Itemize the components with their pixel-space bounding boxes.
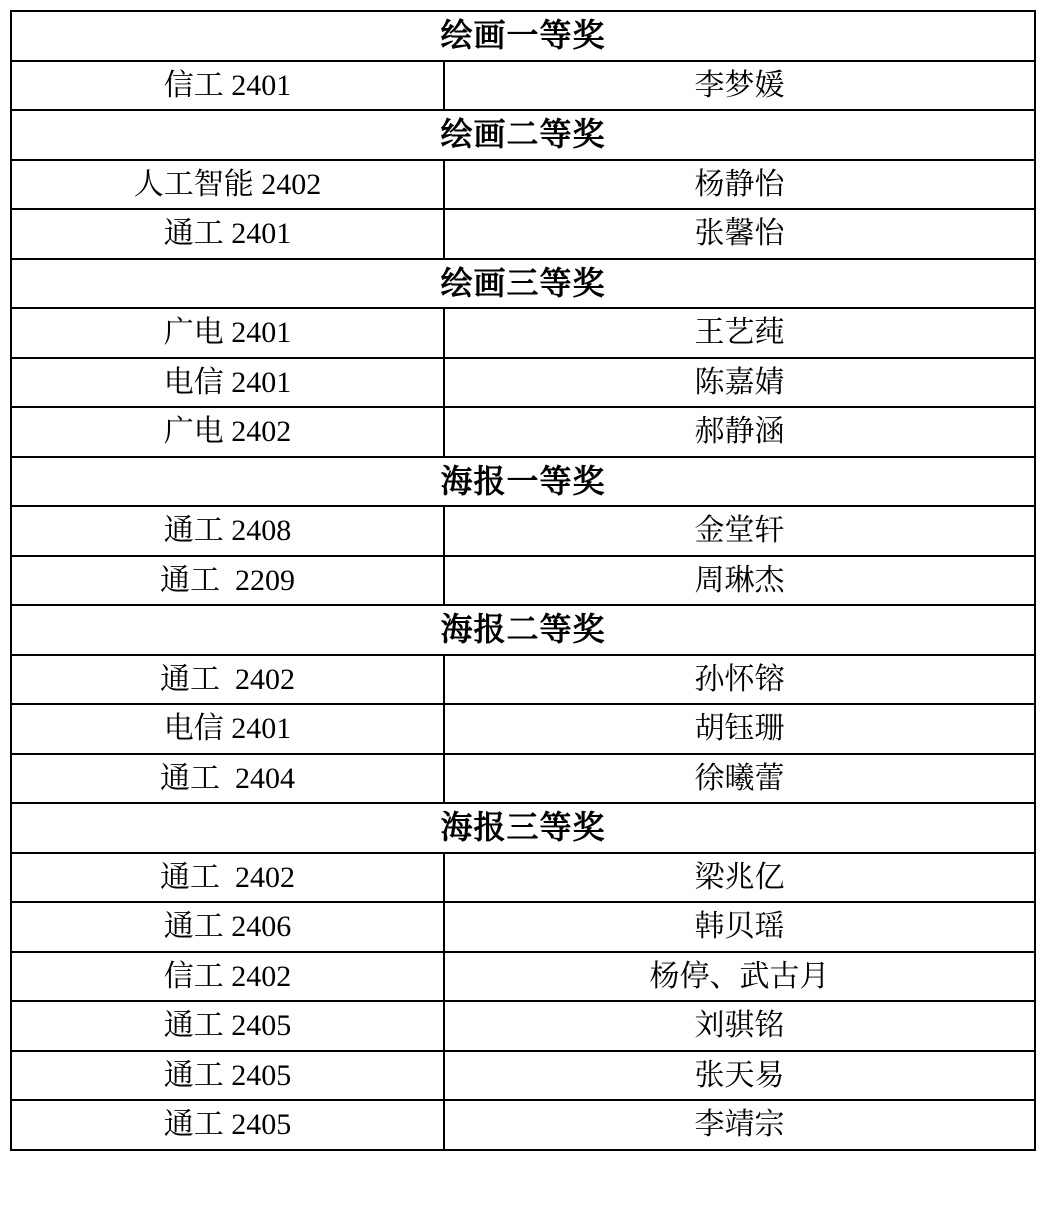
award-category-row: 海报一等奖 — [11, 457, 1035, 507]
award-entry-row: 通工 2402孙怀镕 — [11, 655, 1035, 705]
award-category-title: 绘画一等奖 — [11, 11, 1035, 61]
award-entry-row: 信工 2402杨停、武古月 — [11, 952, 1035, 1002]
award-category-row: 海报三等奖 — [11, 803, 1035, 853]
award-category-title: 海报一等奖 — [11, 457, 1035, 507]
winner-name-cell: 周琳杰 — [444, 556, 1035, 606]
class-cell: 信工 2402 — [11, 952, 444, 1002]
award-entry-row: 广电 2402郝静涵 — [11, 407, 1035, 457]
winner-name-cell: 张天易 — [444, 1051, 1035, 1101]
award-entry-row: 电信 2401陈嘉婧 — [11, 358, 1035, 408]
award-category-row: 绘画三等奖 — [11, 259, 1035, 309]
class-cell: 通工 2405 — [11, 1051, 444, 1101]
award-category-row: 绘画一等奖 — [11, 11, 1035, 61]
class-cell: 广电 2402 — [11, 407, 444, 457]
awards-table: 绘画一等奖信工 2401李梦媛绘画二等奖人工智能 2402杨静怡通工 2401张… — [10, 10, 1036, 1151]
winner-name-cell: 张馨怡 — [444, 209, 1035, 259]
winner-name-cell: 杨停、武古月 — [444, 952, 1035, 1002]
class-cell: 通工 2402 — [11, 853, 444, 903]
award-category-row: 海报二等奖 — [11, 605, 1035, 655]
award-entry-row: 通工 2405李靖宗 — [11, 1100, 1035, 1150]
class-cell: 通工 2408 — [11, 506, 444, 556]
award-category-title: 绘画三等奖 — [11, 259, 1035, 309]
class-cell: 电信 2401 — [11, 704, 444, 754]
winner-name-cell: 陈嘉婧 — [444, 358, 1035, 408]
class-cell: 通工 2404 — [11, 754, 444, 804]
class-cell: 通工 2209 — [11, 556, 444, 606]
award-entry-row: 通工 2405刘骐铭 — [11, 1001, 1035, 1051]
awards-table-body: 绘画一等奖信工 2401李梦媛绘画二等奖人工智能 2402杨静怡通工 2401张… — [11, 11, 1035, 1150]
award-entry-row: 通工 2401张馨怡 — [11, 209, 1035, 259]
award-category-title: 海报三等奖 — [11, 803, 1035, 853]
award-entry-row: 通工 2406韩贝瑶 — [11, 902, 1035, 952]
class-cell: 通工 2406 — [11, 902, 444, 952]
winner-name-cell: 郝静涵 — [444, 407, 1035, 457]
award-category-title: 绘画二等奖 — [11, 110, 1035, 160]
class-cell: 广电 2401 — [11, 308, 444, 358]
document-page: 绘画一等奖信工 2401李梦媛绘画二等奖人工智能 2402杨静怡通工 2401张… — [0, 0, 1044, 1206]
winner-name-cell: 胡钰珊 — [444, 704, 1035, 754]
award-entry-row: 通工 2402梁兆亿 — [11, 853, 1035, 903]
winner-name-cell: 王艺莼 — [444, 308, 1035, 358]
award-category-title: 海报二等奖 — [11, 605, 1035, 655]
winner-name-cell: 梁兆亿 — [444, 853, 1035, 903]
winner-name-cell: 杨静怡 — [444, 160, 1035, 210]
award-entry-row: 通工 2404徐曦蕾 — [11, 754, 1035, 804]
winner-name-cell: 李靖宗 — [444, 1100, 1035, 1150]
winner-name-cell: 刘骐铭 — [444, 1001, 1035, 1051]
class-cell: 人工智能 2402 — [11, 160, 444, 210]
award-entry-row: 人工智能 2402杨静怡 — [11, 160, 1035, 210]
winner-name-cell: 金堂轩 — [444, 506, 1035, 556]
award-category-row: 绘画二等奖 — [11, 110, 1035, 160]
winner-name-cell: 李梦媛 — [444, 61, 1035, 111]
award-entry-row: 电信 2401胡钰珊 — [11, 704, 1035, 754]
class-cell: 信工 2401 — [11, 61, 444, 111]
award-entry-row: 信工 2401李梦媛 — [11, 61, 1035, 111]
winner-name-cell: 韩贝瑶 — [444, 902, 1035, 952]
class-cell: 通工 2401 — [11, 209, 444, 259]
class-cell: 通工 2402 — [11, 655, 444, 705]
class-cell: 通工 2405 — [11, 1100, 444, 1150]
class-cell: 通工 2405 — [11, 1001, 444, 1051]
award-entry-row: 广电 2401王艺莼 — [11, 308, 1035, 358]
award-entry-row: 通工 2209周琳杰 — [11, 556, 1035, 606]
winner-name-cell: 孙怀镕 — [444, 655, 1035, 705]
class-cell: 电信 2401 — [11, 358, 444, 408]
winner-name-cell: 徐曦蕾 — [444, 754, 1035, 804]
award-entry-row: 通工 2405张天易 — [11, 1051, 1035, 1101]
award-entry-row: 通工 2408金堂轩 — [11, 506, 1035, 556]
